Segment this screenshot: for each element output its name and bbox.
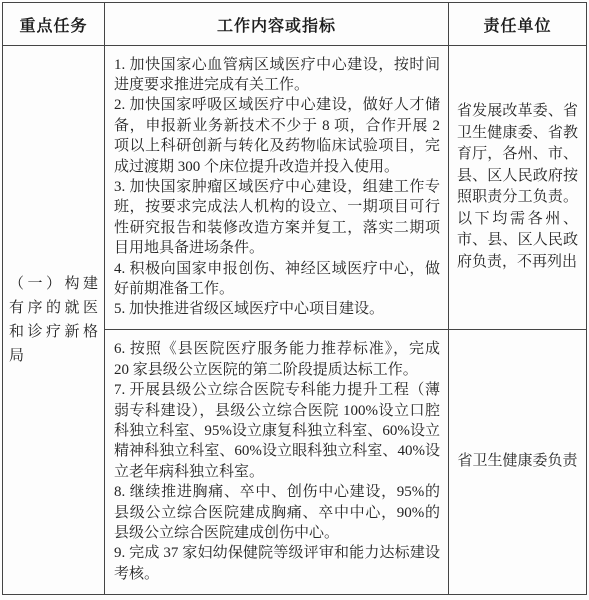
document-page: 重点任务 工作内容或指标 责任单位 （一）构建有序的就医和诊疗新格局 1. 加快… (0, 0, 589, 600)
table-row-1: （一）构建有序的就医和诊疗新格局 1. 加快国家心血管病区域医疗中心建设，按时间… (3, 46, 587, 330)
header-responsible-unit: 责任单位 (449, 3, 587, 46)
work-item-7: 7. 开展县级公立综合医院专科能力提升工程（薄弱专科建设），县级公立综合医院 1… (114, 380, 440, 482)
task-group-label: （一）构建有序的就医和诊疗新格局 (9, 276, 98, 364)
work-item-6: 6. 按照《县医院医疗服务能力推荐标准》，完成 20 家县级公立医院的第二阶段提… (114, 339, 440, 380)
responsible-cell-2: 省卫生健康委负责 (449, 329, 587, 594)
work-item-5: 5. 加快推进省级区域医疗中心项目建设。 (114, 299, 440, 319)
work-items-cell-1: 1. 加快国家心血管病区域医疗中心建设，按时间进度要求推进完成有关工作。 2. … (105, 46, 449, 330)
work-item-2: 2. 加快国家呼吸区域医疗中心建设，做好人才储备，申报新业务新技术不少于 8 项… (114, 95, 440, 177)
responsible-cell-1: 省发展改革委、省卫生健康委、省教育厅，各州、市、县、区人民政府按照职责分工负责。… (449, 46, 587, 330)
work-items-cell-2: 6. 按照《县医院医疗服务能力推荐标准》，完成 20 家县级公立医院的第二阶段提… (105, 329, 449, 594)
task-group-cell: （一）构建有序的就医和诊疗新格局 (3, 46, 105, 595)
header-key-tasks: 重点任务 (3, 3, 105, 46)
responsible-text-1: 省发展改革委、省卫生健康委、省教育厅，各州、市、县、区人民政府按照职责分工负责。… (457, 103, 578, 270)
table-header-row: 重点任务 工作内容或指标 责任单位 (3, 3, 587, 46)
work-item-4: 4. 积极向国家申报创伤、神经区域医疗中心，做好前期准备工作。 (114, 259, 440, 300)
work-item-8: 8. 继续推进胸痛、卒中、创伤中心建设，95%的县级公立综合医院建成胸痛、卒中中… (114, 482, 440, 543)
work-item-3: 3. 加快国家肿瘤区域医疗中心建设，组建工作专班，按要求完成法人机构的设立、一期… (114, 177, 440, 259)
task-table: 重点任务 工作内容或指标 责任单位 （一）构建有序的就医和诊疗新格局 1. 加快… (2, 2, 587, 595)
responsible-text-2: 省卫生健康委负责 (457, 453, 577, 469)
header-work-content: 工作内容或指标 (105, 3, 449, 46)
work-item-1: 1. 加快国家心血管病区域医疗中心建设，按时间进度要求推进完成有关工作。 (114, 55, 440, 96)
work-item-9: 9. 完成 37 家妇幼保健院等级评审和能力达标建设考核。 (114, 543, 440, 584)
